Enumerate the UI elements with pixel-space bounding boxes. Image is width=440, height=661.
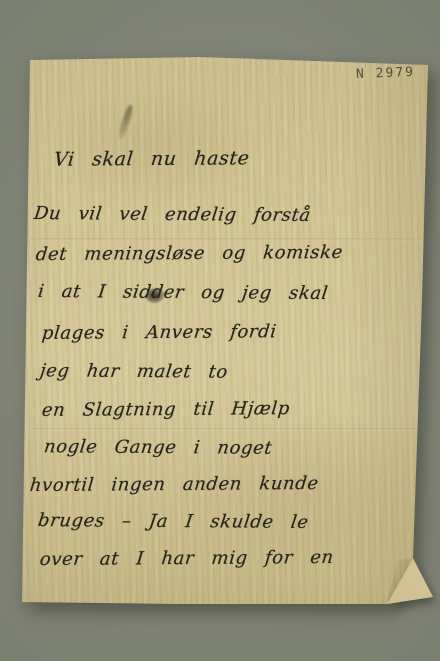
folded-corner-flap: [0, 0, 440, 661]
corner-fold-shadow: [0, 0, 440, 661]
photo-of-handwritten-letter: N 2979 Vi skal nu haste Du vil vel endel…: [0, 0, 440, 661]
